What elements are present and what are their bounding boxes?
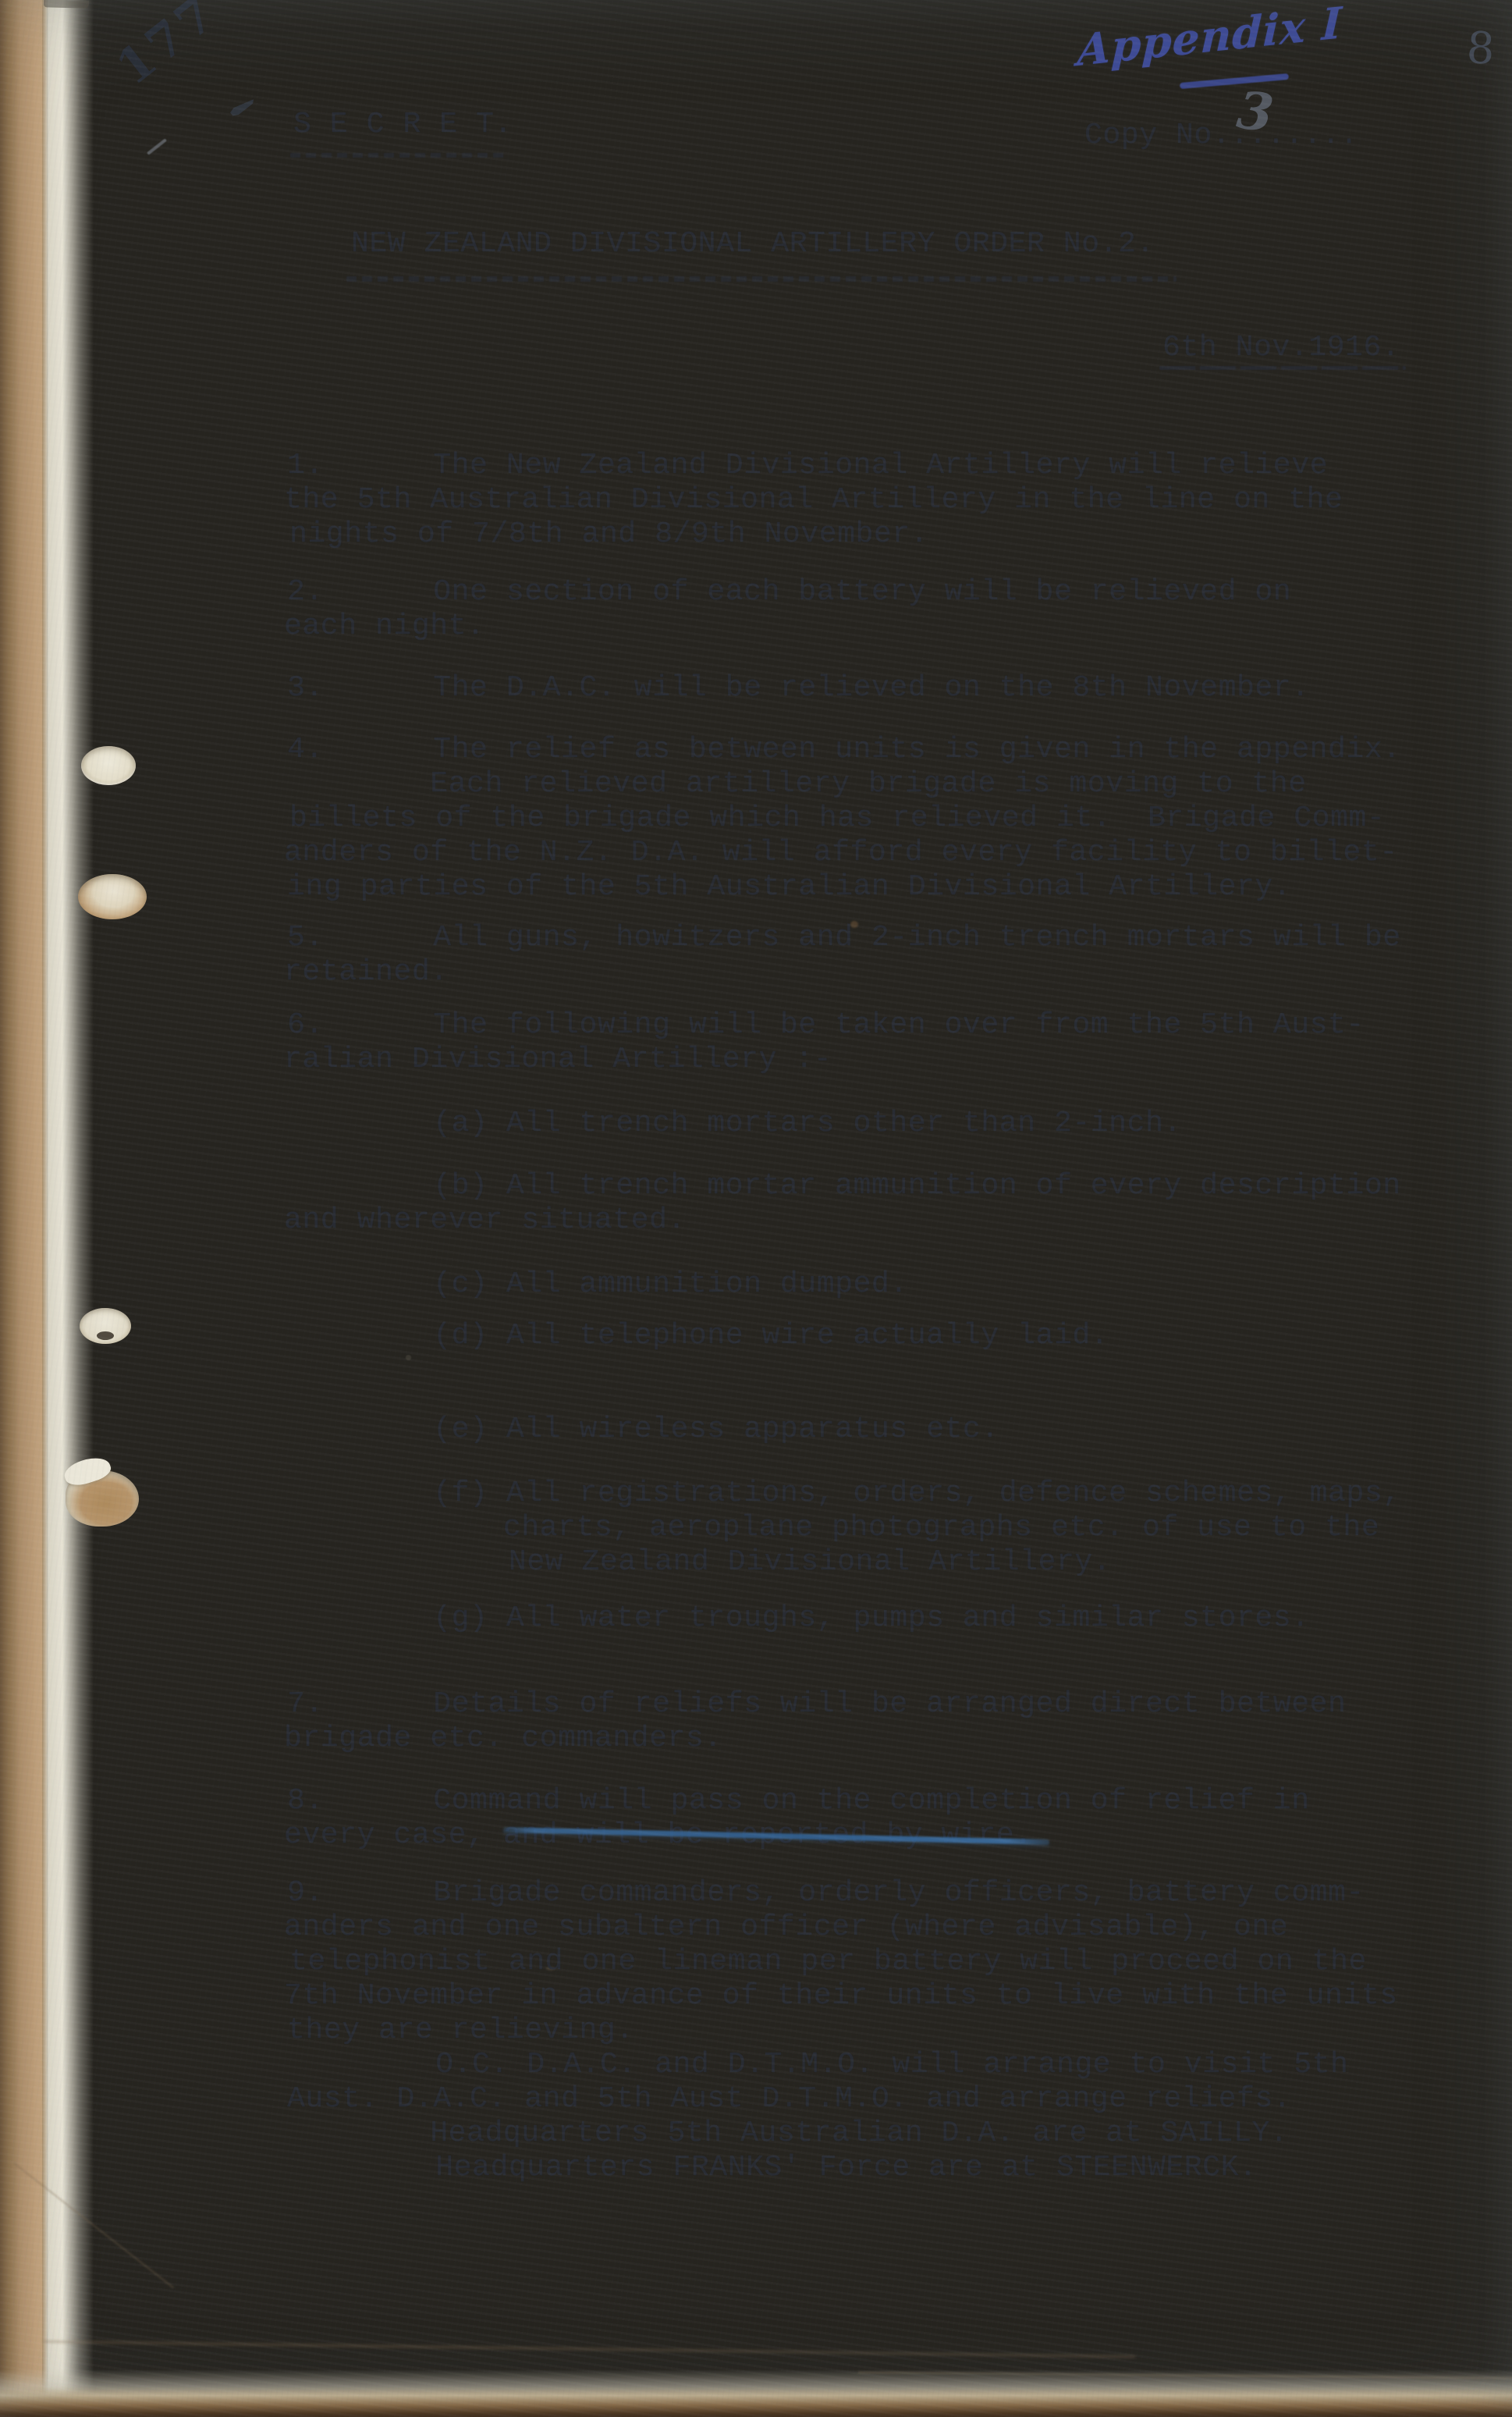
- punch-hole-2: [78, 874, 147, 919]
- typed-line: retained.: [284, 955, 1398, 990]
- typed-line: (b) All trench mortar ammunition of ever…: [287, 1169, 1401, 1203]
- typed-line: Headquarters FRANKS' Force are at STEENW…: [289, 2151, 1404, 2185]
- classification-label: S E C R E T.: [293, 108, 513, 142]
- typed-line: 8. Command will pass on the completion o…: [287, 1784, 1310, 1818]
- typed-line: 3. The D.A.C. will be relieved on the 8t…: [287, 671, 1310, 706]
- paragraph-3: 3. The D.A.C. will be relieved on the 8t…: [287, 671, 1310, 706]
- typed-line: (a) All trench mortars other than 2-inch…: [287, 1107, 1182, 1141]
- typed-line: ralian Divisional Artillery :-: [284, 1043, 1361, 1077]
- paragraph-6: 6. The following will be taken over from…: [287, 1008, 1365, 1077]
- copy-number-line: Copy No........: [1084, 119, 1358, 153]
- typed-line: 2. One section of each battery will be r…: [287, 575, 1291, 610]
- title-underline: [346, 276, 1177, 282]
- punch-hole-3: [80, 1308, 131, 1344]
- paragraph-8: 8. Command will pass on the completion o…: [287, 1784, 1310, 1853]
- typed-line: anders and one subaltern officer (where …: [284, 1910, 1398, 1945]
- paper-stain: [406, 1355, 411, 1360]
- typed-line: (f) All registrations, orders, defence s…: [287, 1477, 1401, 1511]
- paragraph-7: 7. Details of reliefs will be arranged d…: [287, 1687, 1346, 1756]
- typed-line: O.C. D.A.C. and D.T.M.O. will arrange to…: [289, 2048, 1404, 2082]
- typed-line: nights of 7/8th and 8/9th November.: [289, 517, 1348, 552]
- typed-line: and wherever situated.: [284, 1203, 1398, 1238]
- list-item-g: (g) All water troughs, pumps and similar…: [287, 1601, 1310, 1636]
- typed-line: brigade etc. commanders.: [284, 1722, 1343, 1756]
- typed-line: billets of the brigade which has relieve…: [289, 802, 1404, 836]
- typed-line: charts, aeroplane photographs etc. of us…: [284, 1511, 1398, 1545]
- typed-line: anders of the N.Z. D.A. will afford ever…: [284, 836, 1398, 870]
- typed-line: telephonist and one lineman per battery …: [289, 1945, 1404, 1979]
- list-item-d: (d) All telephone wire actually laid.: [287, 1319, 1109, 1353]
- typed-line: (e) All wireless apparatus etc.: [287, 1413, 999, 1447]
- handwritten-folio-number: 177: [106, 0, 228, 96]
- list-item-e: (e) All wireless apparatus etc.: [287, 1413, 999, 1447]
- punch-hole-1: [81, 746, 136, 785]
- list-item-b: (b) All trench mortar ammunition of ever…: [287, 1169, 1401, 1238]
- paragraph-2: 2. One section of each battery will be r…: [287, 575, 1291, 644]
- typed-line: 5. All guns, howitzers and 2-inch trench…: [287, 921, 1401, 955]
- bottom-paper-edge: [0, 2369, 1512, 2417]
- paragraph-4: 4. The relief as between units is given …: [287, 733, 1401, 905]
- typed-line: Each relieved artillery brigade is movin…: [284, 767, 1398, 802]
- typed-line: each night.: [284, 610, 1288, 644]
- typed-line: (g) All water troughs, pumps and similar…: [287, 1601, 1310, 1636]
- order-date: 6th Nov.1916.: [1162, 331, 1400, 365]
- typed-line: (d) All telephone wire actually laid.: [287, 1319, 1109, 1353]
- handwritten-appendix-label: Appendix I: [1077, 0, 1343, 76]
- list-item-f: (f) All registrations, orders, defence s…: [287, 1477, 1401, 1580]
- cardboard-backing-left: [0, 0, 47, 2417]
- order-title: NEW ZEALAND DIVISIONAL ARTILLERY ORDER N…: [351, 227, 1155, 261]
- typed-line: (c) All ammunition dumped.: [287, 1267, 908, 1302]
- paragraph-1: 1. The New Zealand Divisional Artillery …: [287, 449, 1346, 552]
- classification-underline: [290, 153, 509, 158]
- typed-line: 7. Details of reliefs will be arranged d…: [287, 1687, 1346, 1722]
- list-item-c: (c) All ammunition dumped.: [287, 1267, 908, 1302]
- paragraph-9: 9. Brigade commanders, orderly officers,…: [287, 1876, 1401, 2185]
- typed-line: 1. The New Zealand Divisional Artillery …: [287, 449, 1346, 483]
- punch-hole-4: [66, 1470, 139, 1527]
- typed-line: Headquarters 5th Australian D.A. are at …: [284, 2117, 1398, 2151]
- typed-line: the 5th Australian Divisional Artillery …: [284, 483, 1343, 517]
- typed-line: 7th November in advance of their units t…: [284, 1979, 1398, 2014]
- handwritten-page-number: 8: [1465, 23, 1496, 75]
- typed-line: 6. The following will be taken over from…: [287, 1008, 1365, 1043]
- top-edge-mark: [44, 0, 89, 9]
- list-item-a: (a) All trench mortars other than 2-inch…: [287, 1107, 1182, 1141]
- typed-line: Aust. D.A.C. and 5th Aust D.T.M.O. and a…: [287, 2082, 1401, 2117]
- typed-line: 9. Brigade commanders, orderly officers,…: [287, 1876, 1401, 1910]
- pencil-stroke: [147, 138, 167, 155]
- typed-line: they are relieving.: [287, 2014, 1401, 2048]
- torn-paper-edge: [42, 0, 94, 2417]
- typed-line: New Zealand Divisional Artillery.: [289, 1545, 1404, 1580]
- crease-line: [43, 2340, 1135, 2358]
- paragraph-5: 5. All guns, howitzers and 2-inch trench…: [287, 921, 1401, 990]
- typed-line: ing parties of the 5th Australian Divisi…: [287, 870, 1401, 905]
- typed-line: 4. The relief as between units is given …: [287, 733, 1401, 767]
- date-underline: [1159, 366, 1406, 370]
- document-photo: 177 Appendix I 8 3 S E C R E T. Copy No.…: [0, 0, 1512, 2417]
- pen-check-mark: [229, 99, 257, 117]
